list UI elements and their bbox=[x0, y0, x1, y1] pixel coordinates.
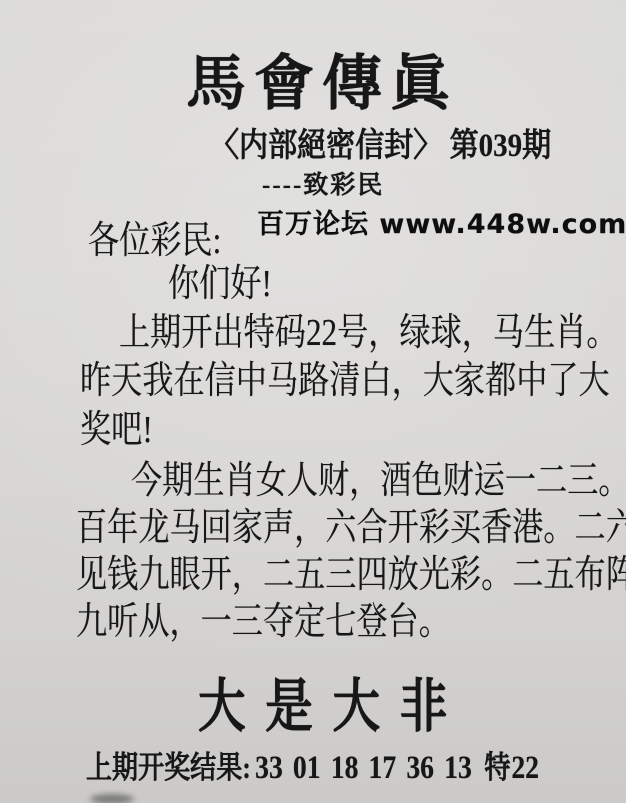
fax-letter-document: 馬會傳眞 〈内部絕密信封〉 第039期 ----致彩民 百万论坛 www.448… bbox=[0, 0, 626, 803]
body-line-1: 上期开出特码22号，绿球，马生肖。 bbox=[119, 314, 618, 352]
body-line-3: 奖吧! bbox=[80, 411, 153, 449]
result-number: 36 bbox=[406, 750, 434, 786]
result-number: 01 bbox=[293, 750, 321, 786]
verdict-headline: 大是大非 bbox=[198, 678, 467, 736]
issue-subtitle: 〈内部絕密信封〉 第039期 bbox=[210, 130, 551, 163]
previous-draw-results: 上期开奖结果:330118173613特22 bbox=[86, 752, 539, 785]
body-line-2: 昨天我在信中马路清白，大家都中了大 bbox=[80, 362, 610, 400]
body-line-5: 百年龙马回家声，六合开彩买香港。二六 bbox=[76, 509, 626, 547]
salutation: 各位彩民: bbox=[88, 222, 221, 260]
result-number: 17 bbox=[369, 750, 397, 786]
ink-smudge bbox=[90, 794, 134, 803]
special-number-label: 特 bbox=[484, 750, 510, 785]
body-line-7: 九听从，一三夺定七登台。 bbox=[76, 603, 450, 641]
letter-title: 馬會傳眞 bbox=[186, 54, 458, 114]
result-label: 上期开奖结果: bbox=[86, 750, 251, 785]
dedication-line: ----致彩民 bbox=[262, 173, 384, 198]
result-number: 33 bbox=[255, 750, 283, 786]
forum-watermark: 百万论坛 www.448w.com bbox=[257, 211, 626, 238]
result-number: 13 bbox=[444, 750, 472, 786]
result-number: 18 bbox=[331, 750, 359, 786]
body-line-4: 今期生肖女人财，酒色财运一二三。 bbox=[131, 462, 626, 500]
special-number: 22 bbox=[511, 750, 539, 786]
greeting-line: 你们好! bbox=[168, 265, 272, 303]
body-line-6: 见钱九眼开，二五三四放光彩。二五布阵 bbox=[76, 556, 626, 594]
